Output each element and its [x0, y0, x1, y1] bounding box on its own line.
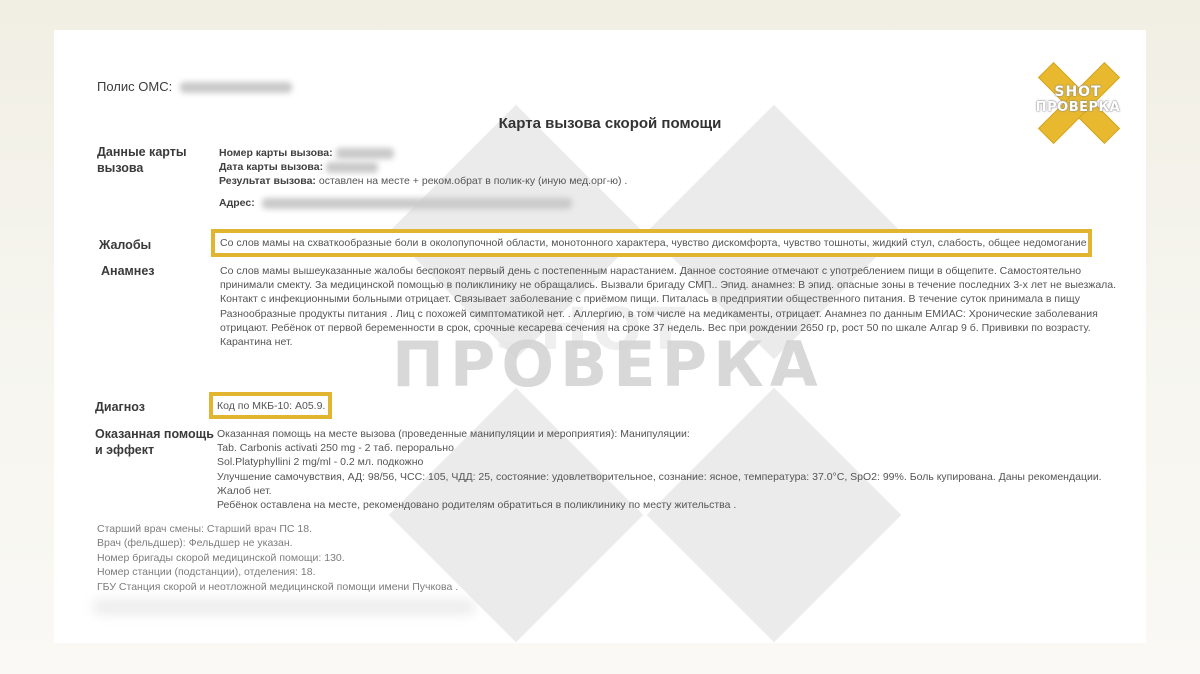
help-line: Ребёнок оставлена на месте, рекомендован… — [217, 498, 1102, 512]
help-line: Tab. Carbonis activati 250 mg - 2 таб. п… — [217, 441, 1102, 455]
watermark-diamond-bottom-right — [647, 388, 902, 643]
anamnesis-line: Карантина нет. — [220, 335, 1116, 349]
anamnesis-text: Со слов мамы вышеуказанные жалобы беспок… — [220, 264, 1116, 349]
help-line: Оказанная помощь на месте вызова (провед… — [217, 427, 1102, 441]
help-line: Жалоб нет. — [217, 484, 1102, 498]
address-label: Адрес: — [219, 197, 255, 209]
help-text: Оказанная помощь на месте вызова (провед… — [217, 427, 1102, 512]
logo-text-shot: SHOT — [1030, 84, 1126, 100]
anamnesis-line: Контакт с инфекционными больными отрицае… — [220, 292, 1116, 306]
call-date-value-redacted — [326, 162, 378, 173]
footer-info: Старший врач смены: Старший врач ПС 18. … — [97, 522, 458, 594]
call-result-value: оставлен на месте + реком.обрат в полик-… — [319, 175, 627, 187]
anamnesis-line: Со слов мамы вышеуказанные жалобы беспок… — [220, 264, 1116, 278]
organization-name: ГБУ Станция скорой и неотложной медицинс… — [97, 580, 458, 594]
station-number: Номер станции (подстанции), отделения: 1… — [97, 565, 458, 579]
help-label: Оказанная помощь и эффект — [95, 426, 214, 458]
brigade-number: Номер бригады скорой медицинской помощи:… — [97, 551, 458, 565]
help-label-line1: Оказанная помощь — [95, 426, 214, 442]
call-result-label: Результат вызова: — [219, 175, 316, 187]
call-number-label: Номер карты вызова: — [219, 147, 333, 159]
call-date-field: Дата карты вызова: — [219, 160, 378, 174]
anamnesis-line: принимали смекту. За медицинской помощью… — [220, 278, 1116, 292]
logo-text-proverka: ПРОВЕРКА — [1030, 100, 1126, 115]
page-title: Карта вызова скорой помощи — [54, 115, 1146, 132]
anamnesis-line: отрицают. Ребёнок от первой беременности… — [220, 321, 1116, 335]
call-result-field: Результат вызова: оставлен на месте + ре… — [219, 174, 627, 188]
call-data-section-label: Данные карты вызова — [97, 144, 207, 176]
complaints-text: Со слов мамы на схваткообразные боли в о… — [220, 236, 1087, 250]
diagnosis-label: Диагноз — [95, 399, 145, 415]
polis-oms: Полис ОМС: — [97, 79, 292, 94]
senior-doctor: Старший врач смены: Старший врач ПС 18. — [97, 522, 458, 536]
anamnesis-label: Анамнез — [101, 263, 155, 279]
help-line: Улучшение самочувствия, АД: 98/56, ЧСС: … — [217, 470, 1102, 484]
anamnesis-line: Разнообразные продукты питания . Лиц с п… — [220, 307, 1116, 321]
call-date-label: Дата карты вызова: — [219, 161, 323, 173]
address-field: Адрес: — [219, 196, 572, 210]
shot-proverka-logo: SHOT ПРОВЕРКА — [1030, 54, 1126, 150]
diagnosis-text: Код по МКБ-10: А05.9. — [217, 399, 325, 413]
complaints-label: Жалобы — [99, 237, 151, 253]
help-label-line2: и эффект — [95, 442, 214, 458]
polis-oms-label: Полис ОМС: — [97, 79, 172, 94]
footer-blur-shadow — [94, 600, 474, 614]
polis-oms-value-redacted — [180, 82, 292, 93]
call-number-value-redacted — [336, 148, 394, 159]
call-number-field: Номер карты вызова: — [219, 146, 394, 160]
document-page: SHOT ПРОВЕРКА SHOT ПРОВЕРКА Полис ОМС: К… — [54, 30, 1146, 643]
doctor-paramedic: Врач (фельдшер): Фельдшер не указан. — [97, 536, 458, 550]
address-value-redacted — [262, 198, 572, 209]
help-line: Sol.Platyphyllini 2 mg/ml - 0.2 мл. подк… — [217, 455, 1102, 469]
